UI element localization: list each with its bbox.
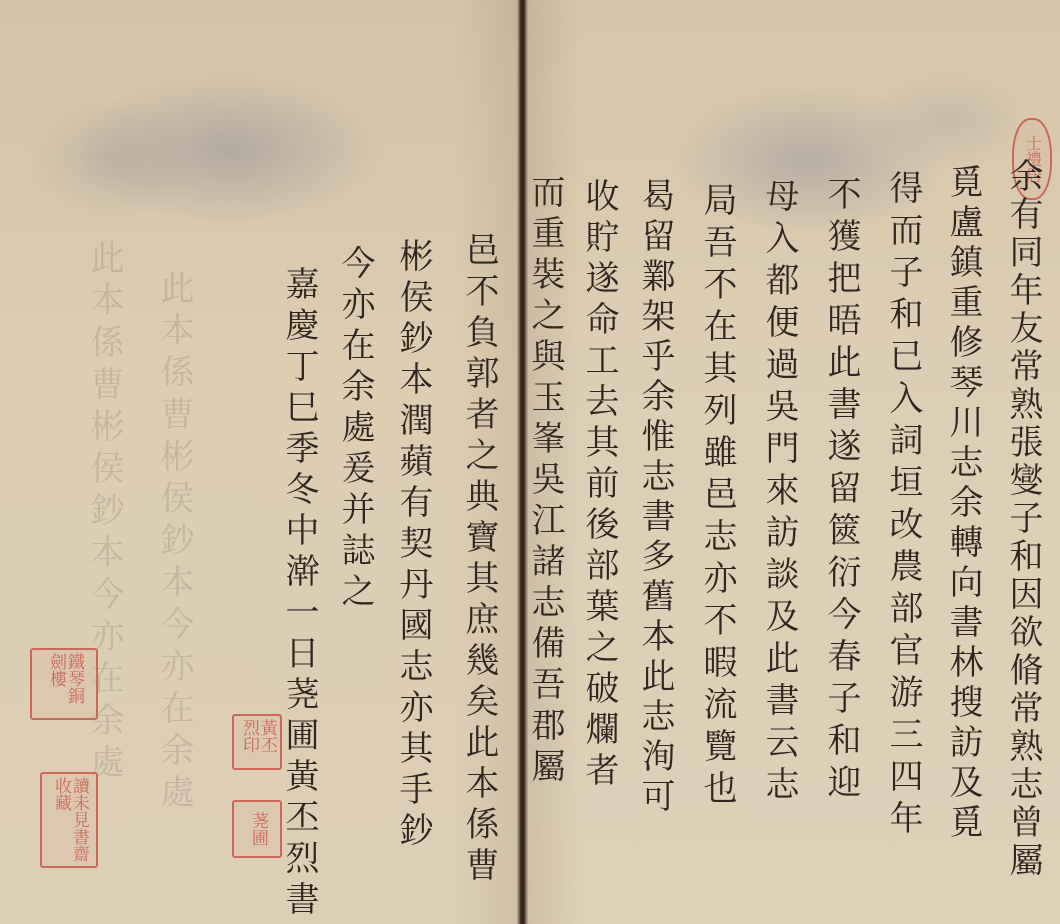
text-column: 覓盧鎮重修琴川志余轉向書林搜訪及覓 [946, 164, 980, 844]
text-column: 局吾不在其列雖邑志亦不暇流覽也 [700, 182, 734, 812]
text-column: 曷留鄴架乎余惟志書多舊本此志洵可 [638, 178, 672, 818]
text-column: 嘉慶丁巳季冬中澣一日荛圃黃丕烈書 [282, 266, 316, 922]
left-page: 此本係曹彬侯鈔本今亦在余處 此本係曹彬侯鈔本今亦在余處 邑不負郭者之典寶其庶幾矣… [0, 0, 517, 924]
book-gutter [517, 0, 528, 924]
text-column: 今亦在余處爰并誌之 [338, 245, 372, 614]
text-column: 不獲把晤此書遂留篋衍今春子和迎 [824, 176, 858, 806]
text-column: 彬侯鈔本潤蘋有契丹國志亦其手鈔 [396, 238, 430, 853]
collector-seal: 讀未見書齋收藏 [40, 772, 98, 868]
text-column: 余有同年友常熟張燮子和因欲脩常熟志曾屬 [1006, 158, 1040, 880]
text-column: 母入都便過吳門來訪談及此書云志 [762, 178, 796, 808]
book-spread: 此本係曹彬侯鈔本今亦在余處 此本係曹彬侯鈔本今亦在余處 邑不負郭者之典寶其庶幾矣… [0, 0, 1060, 924]
author-seal: 黃丕烈印 [232, 714, 282, 770]
text-column: 邑不負郭者之典寶其庶幾矣此本係曹 [462, 232, 496, 888]
text-column: 收貯遂命工去其前後部葉之破爛者 [582, 178, 616, 793]
text-column: 而重裝之與玉峯吳江諸志備吾郡屬 [528, 174, 562, 789]
right-text-columns: 余有同年友常熟張燮子和因欲脩常熟志曾屬 覓盧鎮重修琴川志余轉向書林搜訪及覓 得而… [528, 0, 1060, 924]
collector-seal: 鐵琴銅劍樓 [30, 648, 98, 720]
text-column: 得而子和已入詞垣改農部官游三四年 [886, 170, 920, 842]
right-page: 士禮居 余有同年友常熟張燮子和因欲脩常熟志曾屬 覓盧鎮重修琴川志余轉向書林搜訪及… [528, 0, 1060, 924]
author-seal: 荛圃 [232, 800, 282, 858]
